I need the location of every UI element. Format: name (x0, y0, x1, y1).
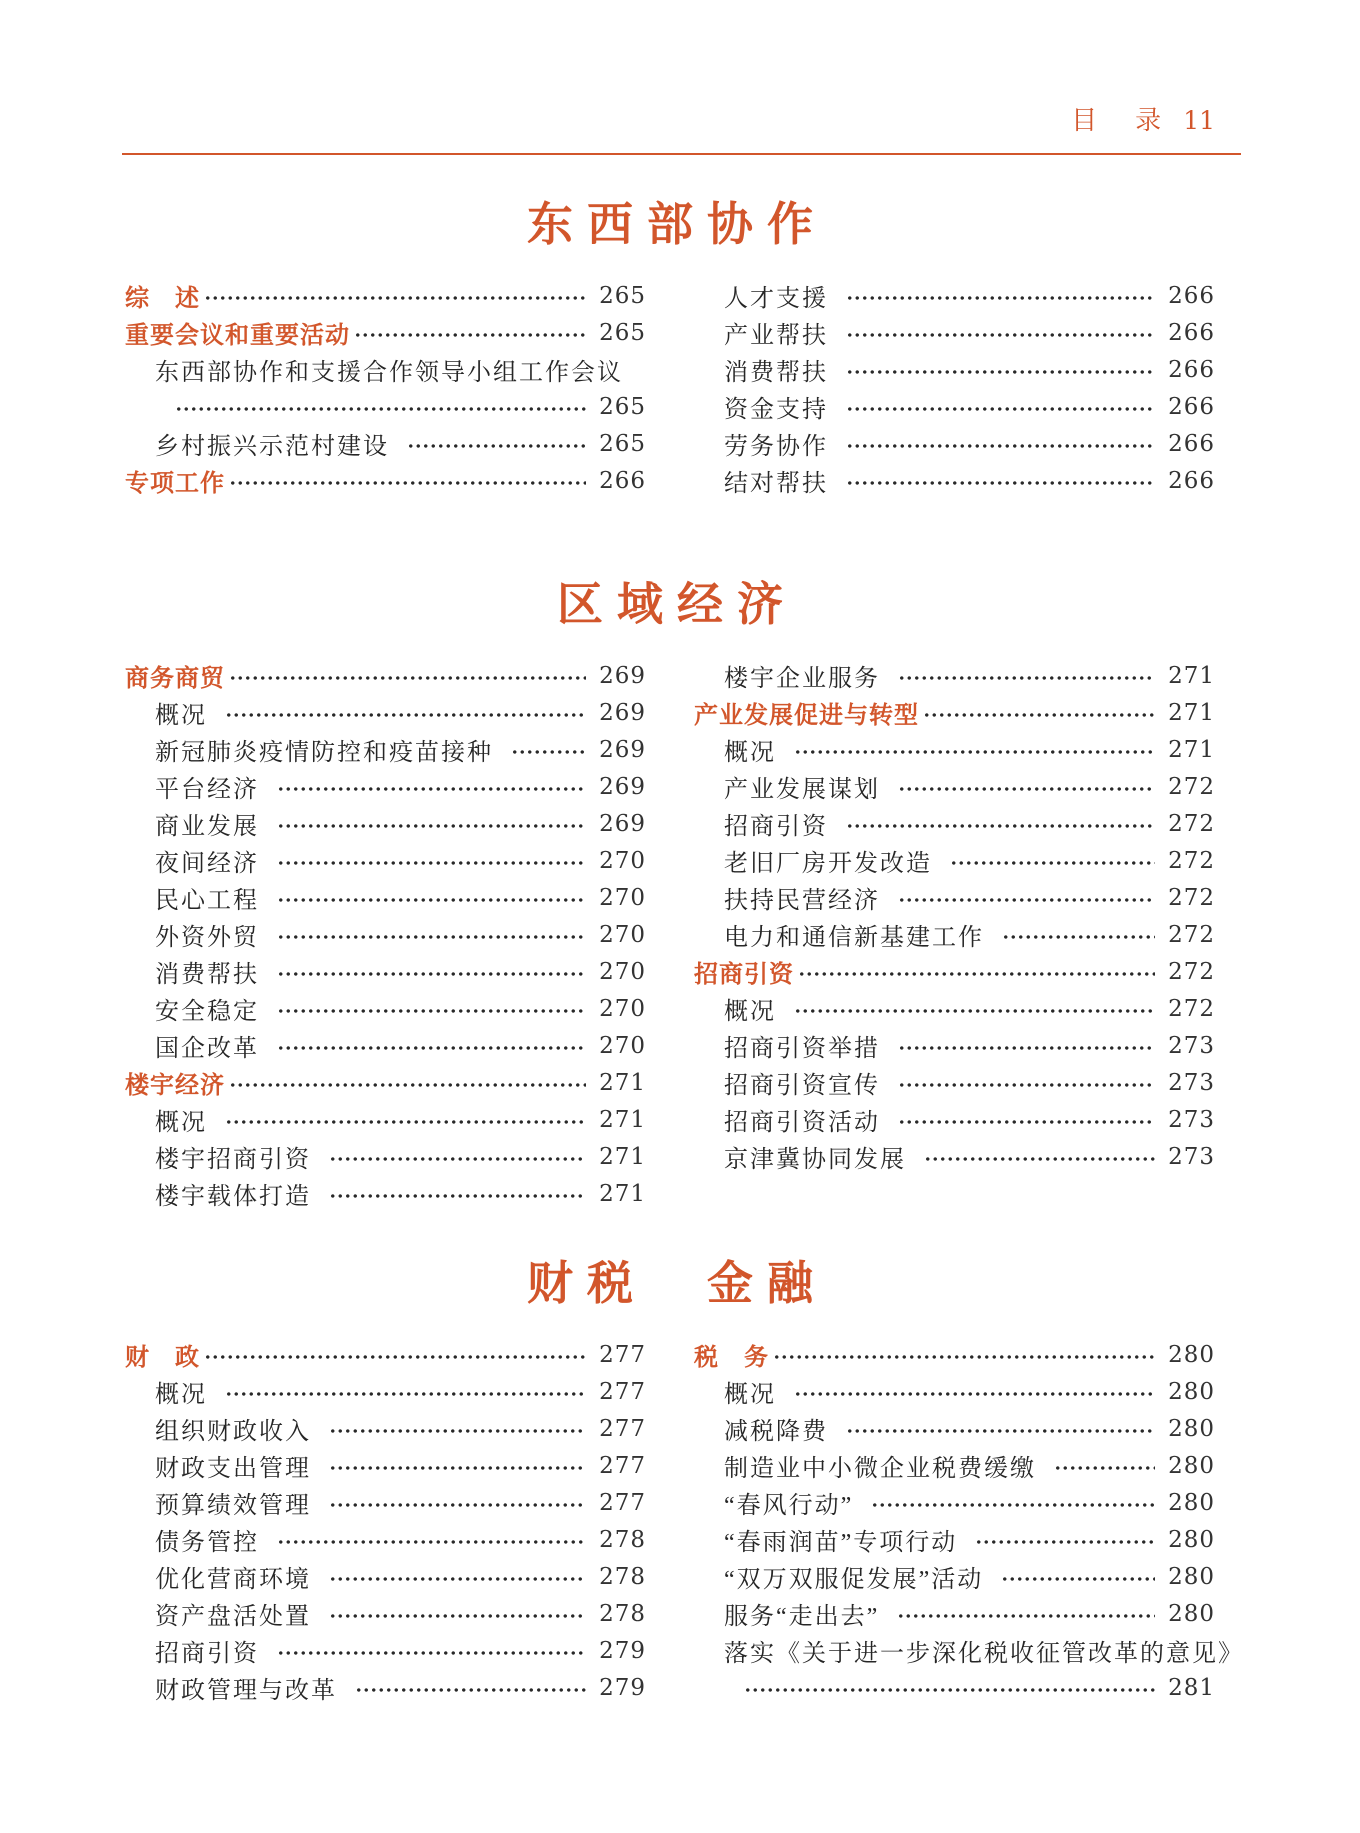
toc-column: 财 政277概况277组织财政收入277财政支出管理277预算绩效管理277债务… (125, 1336, 646, 1706)
entry-page-number: 272 (1165, 811, 1215, 837)
entry-label: 服务“走出去” (694, 1596, 879, 1631)
toc-entry: 落实《关于进一步深化税收征管改革的意见》281 (694, 1632, 1215, 1706)
entry-page-number: 272 (1165, 774, 1215, 800)
toc-entry: 招商引资活动273 (694, 1101, 1215, 1138)
entry-page-number: 270 (596, 996, 646, 1022)
dot-leader (277, 933, 586, 941)
entry-page-number: 280 (1165, 1416, 1215, 1442)
entry-label: 招商引资 (125, 1633, 259, 1668)
entry-page-number: 266 (1165, 431, 1215, 457)
toc-section: 财税 金融财 政277概况277组织财政收入277财政支出管理277预算绩效管理… (125, 1256, 1215, 1706)
dot-leader (204, 294, 586, 302)
toc-entry: 预算绩效管理277 (125, 1484, 646, 1521)
entry-page-number: 277 (596, 1416, 646, 1442)
entry-label: 优化营商环境 (125, 1559, 311, 1594)
dot-leader (329, 1192, 586, 1200)
entry-page-number: 270 (596, 959, 646, 985)
dot-leader (794, 1007, 1155, 1015)
toc-entry: 优化营商环境278 (125, 1558, 646, 1595)
entry-label: 老旧厂房开发改造 (694, 843, 932, 878)
dot-leader (846, 822, 1155, 830)
toc-section: 区域经济商务商贸269概况269新冠肺炎疫情防控和疫苗接种269平台经济269商… (125, 577, 1215, 1212)
dot-leader (794, 748, 1155, 756)
toc-entry: 产业帮扶266 (694, 314, 1215, 351)
entry-label: 新冠肺炎疫情防控和疫苗接种 (125, 732, 493, 767)
entry-page-number: 271 (1165, 700, 1215, 726)
entry-line-1: 东西部协作和支援合作领导小组工作会议 (125, 351, 646, 388)
toc-entry: “春风行动”280 (694, 1484, 1215, 1521)
entry-label: 招商引资 (694, 806, 828, 841)
entry-page-number: 269 (596, 811, 646, 837)
entry-label: 重要会议和重要活动 (125, 315, 350, 350)
entry-page-number: 266 (1165, 283, 1215, 309)
toc-entry: 扶持民营经济272 (694, 879, 1215, 916)
dot-leader (846, 1427, 1155, 1435)
entry-label: 国企改革 (125, 1028, 259, 1063)
entry-label: 概况 (694, 732, 776, 767)
entry-page-number: 280 (1165, 1564, 1215, 1590)
entry-label: 概况 (125, 1102, 207, 1137)
dot-leader (511, 748, 586, 756)
toc-entry: 老旧厂房开发改造272 (694, 842, 1215, 879)
entry-label: 产业帮扶 (694, 315, 828, 350)
toc-entry: 国企改革270 (125, 1027, 646, 1064)
entry-label: 概况 (125, 1374, 207, 1409)
entry-label: 制造业中小微企业税费缓缴 (694, 1448, 1036, 1483)
dot-leader (898, 1118, 1155, 1126)
dot-leader (175, 405, 586, 413)
toc-entry: 消费帮扶270 (125, 953, 646, 990)
dot-leader (329, 1612, 586, 1620)
entry-label: 消费帮扶 (125, 954, 259, 989)
entry-page-number: 269 (596, 737, 646, 763)
toc-entry: 制造业中小微企业税费缓缴280 (694, 1447, 1215, 1484)
entry-page-number: 280 (1165, 1379, 1215, 1405)
entry-label: 招商引资活动 (694, 1102, 880, 1137)
dot-leader (277, 970, 586, 978)
dot-leader (329, 1155, 586, 1163)
toc-entry: 税 务280 (694, 1336, 1215, 1373)
entry-page-number: 266 (1165, 468, 1215, 494)
dot-leader (329, 1575, 586, 1583)
toc-entry: 组织财政收入277 (125, 1410, 646, 1447)
entry-label: 夜间经济 (125, 843, 259, 878)
toc-entry: 京津冀协同发展273 (694, 1138, 1215, 1175)
dot-leader (407, 442, 586, 450)
dot-leader (229, 479, 586, 487)
entry-label: “春雨润苗”专项行动 (694, 1522, 957, 1557)
entry-page-number: 265 (596, 431, 646, 457)
toc-section: 东西部协作综 述265重要会议和重要活动265东西部协作和支援合作领导小组工作会… (125, 197, 1215, 499)
entry-label: “春风行动” (694, 1485, 853, 1520)
entry-page-number: 277 (596, 1490, 646, 1516)
dot-leader (355, 1686, 586, 1694)
toc-entry: 劳务协作266 (694, 425, 1215, 462)
entry-label: 专项工作 (125, 463, 225, 498)
dot-leader (354, 331, 586, 339)
entry-page-number: 273 (1165, 1070, 1215, 1096)
toc-entry: 资产盘活处置278 (125, 1595, 646, 1632)
entry-page-number: 270 (596, 848, 646, 874)
section-columns: 商务商贸269概况269新冠肺炎疫情防控和疫苗接种269平台经济269商业发展2… (125, 657, 1215, 1212)
entry-page-number: 272 (1165, 996, 1215, 1022)
toc-entry: 招商引资272 (694, 805, 1215, 842)
entry-label: 概况 (694, 1374, 776, 1409)
dot-leader (277, 1649, 586, 1657)
toc-entry: “双万双服促发展”活动280 (694, 1558, 1215, 1595)
toc-entry: 债务管控278 (125, 1521, 646, 1558)
toc-entry: 概况269 (125, 694, 646, 731)
dot-leader (975, 1538, 1155, 1546)
dot-leader (225, 1390, 586, 1398)
entry-page-number: 273 (1165, 1033, 1215, 1059)
dot-leader (898, 674, 1155, 682)
dot-leader (794, 1390, 1155, 1398)
dot-leader (229, 674, 586, 682)
toc-sections: 东西部协作综 述265重要会议和重要活动265东西部协作和支援合作领导小组工作会… (125, 197, 1215, 1706)
toc-entry: “春雨润苗”专项行动280 (694, 1521, 1215, 1558)
entry-label: 民心工程 (125, 880, 259, 915)
section-columns: 财 政277概况277组织财政收入277财政支出管理277预算绩效管理277债务… (125, 1336, 1215, 1706)
entry-page-number: 265 (596, 283, 646, 309)
entry-label: 楼宇企业服务 (694, 658, 880, 693)
toc-entry: 民心工程270 (125, 879, 646, 916)
header-page-number: 11 (1183, 106, 1215, 135)
dot-leader (846, 294, 1155, 302)
toc-entry: 夜间经济270 (125, 842, 646, 879)
entry-label: 消费帮扶 (694, 352, 828, 387)
toc-column: 人才支援266产业帮扶266消费帮扶266资金支持266劳务协作266结对帮扶2… (694, 277, 1215, 499)
entry-page-number: 265 (596, 394, 646, 420)
entry-page-number: 272 (1165, 885, 1215, 911)
dot-leader (329, 1501, 586, 1509)
entry-label: 楼宇载体打造 (125, 1176, 311, 1211)
toc-entry: 楼宇招商引资271 (125, 1138, 646, 1175)
section-columns: 综 述265重要会议和重要活动265东西部协作和支援合作领导小组工作会议265乡… (125, 277, 1215, 499)
entry-page-number: 271 (1165, 663, 1215, 689)
dot-leader (898, 1081, 1155, 1089)
toc-entry: 外资外贸270 (125, 916, 646, 953)
entry-line-1: 落实《关于进一步深化税收征管改革的意见》 (694, 1632, 1215, 1669)
entry-label: 商务商贸 (125, 658, 225, 693)
entry-page-number: 278 (596, 1601, 646, 1627)
entry-page-number: 266 (1165, 357, 1215, 383)
entry-label: 财 政 (125, 1337, 200, 1372)
dot-leader (277, 859, 586, 867)
entry-label: 税 务 (694, 1337, 769, 1372)
toc-entry: 招商引资272 (694, 953, 1215, 990)
toc-column: 楼宇企业服务271产业发展促进与转型271概况271产业发展谋划272招商引资2… (694, 657, 1215, 1212)
dot-leader (846, 405, 1155, 413)
entry-page-number: 266 (596, 468, 646, 494)
toc-entry: 消费帮扶266 (694, 351, 1215, 388)
entry-page-number: 277 (596, 1342, 646, 1368)
entry-label: 概况 (125, 695, 207, 730)
entry-page-number: 281 (1165, 1675, 1215, 1701)
toc-entry: 资金支持266 (694, 388, 1215, 425)
dot-leader (871, 1501, 1155, 1509)
entry-label: 乡村振兴示范村建设 (125, 426, 389, 461)
header-title: 目 录 (1071, 100, 1167, 137)
dot-leader (846, 368, 1155, 376)
dot-leader (846, 442, 1155, 450)
entry-label: 落实《关于进一步深化税收征管改革的意见》 (694, 1633, 1244, 1668)
entry-page-number: 279 (596, 1675, 646, 1701)
dot-leader (798, 970, 1155, 978)
section-title: 东西部协作 (125, 197, 1215, 251)
dot-leader (1001, 1575, 1155, 1583)
dot-leader (846, 479, 1155, 487)
entry-label: 概况 (694, 991, 776, 1026)
toc-entry: 电力和通信新基建工作272 (694, 916, 1215, 953)
entry-page-number: 271 (596, 1181, 646, 1207)
toc-entry: 产业发展促进与转型271 (694, 694, 1215, 731)
dot-leader (277, 1044, 586, 1052)
entry-page-number: 272 (1165, 848, 1215, 874)
entry-page-number: 273 (1165, 1107, 1215, 1133)
section-title: 区域经济 (125, 577, 1215, 631)
toc-entry: 商业发展269 (125, 805, 646, 842)
toc-entry: 招商引资举措273 (694, 1027, 1215, 1064)
dot-leader (1002, 933, 1155, 941)
entry-label: 外资外贸 (125, 917, 259, 952)
entry-page-number: 270 (596, 1033, 646, 1059)
entry-label: 安全稳定 (125, 991, 259, 1026)
toc-entry: 概况272 (694, 990, 1215, 1027)
toc-entry: 重要会议和重要活动265 (125, 314, 646, 351)
entry-label: 资产盘活处置 (125, 1596, 311, 1631)
dot-leader (950, 859, 1155, 867)
toc-entry: 专项工作266 (125, 462, 646, 499)
entry-label: 商业发展 (125, 806, 259, 841)
toc-entry: 结对帮扶266 (694, 462, 1215, 499)
entry-label: 招商引资 (694, 954, 794, 989)
toc-entry: 招商引资279 (125, 1632, 646, 1669)
toc-entry: 新冠肺炎疫情防控和疫苗接种269 (125, 731, 646, 768)
entry-label: 组织财政收入 (125, 1411, 311, 1446)
toc-entry: 楼宇企业服务271 (694, 657, 1215, 694)
toc-column: 综 述265重要会议和重要活动265东西部协作和支援合作领导小组工作会议265乡… (125, 277, 646, 499)
dot-leader (204, 1353, 586, 1361)
header-rule (122, 153, 1241, 155)
entry-page-number: 270 (596, 922, 646, 948)
entry-label: 扶持民营经济 (694, 880, 880, 915)
dot-leader (329, 1464, 586, 1472)
toc-entry: 财 政277 (125, 1336, 646, 1373)
dot-leader (1054, 1464, 1155, 1472)
toc-entry: 招商引资宣传273 (694, 1064, 1215, 1101)
dot-leader (846, 331, 1155, 339)
entry-label: 电力和通信新基建工作 (694, 917, 984, 952)
dot-leader (225, 711, 586, 719)
toc-entry: 服务“走出去”280 (694, 1595, 1215, 1632)
toc-entry: 概况271 (125, 1101, 646, 1138)
entry-page-number: 277 (596, 1453, 646, 1479)
entry-page-number: 269 (596, 700, 646, 726)
entry-page-number: 271 (596, 1107, 646, 1133)
entry-page-number: 271 (596, 1070, 646, 1096)
toc-entry: 概况271 (694, 731, 1215, 768)
entry-label: 招商引资举措 (694, 1028, 880, 1063)
entry-page-number: 271 (1165, 737, 1215, 763)
entry-page-number: 280 (1165, 1527, 1215, 1553)
entry-label: 京津冀协同发展 (694, 1139, 906, 1174)
toc-entry: 商务商贸269 (125, 657, 646, 694)
entry-page-number: 278 (596, 1527, 646, 1553)
toc-entry: 楼宇载体打造271 (125, 1175, 646, 1212)
entry-label: 减税降费 (694, 1411, 828, 1446)
entry-page-number: 272 (1165, 959, 1215, 985)
entry-page-number: 280 (1165, 1342, 1215, 1368)
dot-leader (229, 1081, 586, 1089)
toc-entry: 安全稳定270 (125, 990, 646, 1027)
entry-label: 产业发展促进与转型 (694, 695, 919, 730)
entry-page-number: 278 (596, 1564, 646, 1590)
entry-label: 预算绩效管理 (125, 1485, 311, 1520)
page-header: 目 录 11 (125, 0, 1215, 137)
toc-entry: 财政支出管理277 (125, 1447, 646, 1484)
entry-label: 东西部协作和支援合作领导小组工作会议 (125, 352, 623, 387)
toc-entry: 减税降费280 (694, 1410, 1215, 1447)
entry-label: 资金支持 (694, 389, 828, 424)
entry-label: 产业发展谋划 (694, 769, 880, 804)
entry-page-number: 269 (596, 774, 646, 800)
toc-entry: 楼宇经济271 (125, 1064, 646, 1101)
toc-entry: 乡村振兴示范村建设265 (125, 425, 646, 462)
toc-entry: 平台经济269 (125, 768, 646, 805)
entry-label: 综 述 (125, 278, 200, 313)
entry-page-number: 279 (596, 1638, 646, 1664)
entry-page-number: 265 (596, 320, 646, 346)
entry-page-number: 270 (596, 885, 646, 911)
entry-label: “双万双服促发展”活动 (694, 1559, 983, 1594)
entry-label: 财政支出管理 (125, 1448, 311, 1483)
dot-leader (277, 1007, 586, 1015)
toc-column: 商务商贸269概况269新冠肺炎疫情防控和疫苗接种269平台经济269商业发展2… (125, 657, 646, 1212)
dot-leader (329, 1427, 586, 1435)
entry-page-number: 277 (596, 1379, 646, 1405)
dot-leader (924, 1155, 1155, 1163)
toc-entry: 财政管理与改革279 (125, 1669, 646, 1706)
section-title: 财税 金融 (125, 1256, 1215, 1310)
dot-leader (744, 1686, 1155, 1694)
toc-entry: 人才支援266 (694, 277, 1215, 314)
dot-leader (898, 1044, 1155, 1052)
toc-entry: 概况280 (694, 1373, 1215, 1410)
dot-leader (773, 1353, 1155, 1361)
entry-label: 财政管理与改革 (125, 1670, 337, 1705)
dot-leader (923, 711, 1155, 719)
entry-page-number: 271 (596, 1144, 646, 1170)
entry-page-number: 266 (1165, 394, 1215, 420)
dot-leader (277, 896, 586, 904)
dot-leader (225, 1118, 586, 1126)
entry-page-number: 280 (1165, 1601, 1215, 1627)
entry-page-number: 266 (1165, 320, 1215, 346)
toc-entry: 东西部协作和支援合作领导小组工作会议265 (125, 351, 646, 425)
entry-page-number: 272 (1165, 922, 1215, 948)
dot-leader (897, 1612, 1155, 1620)
entry-label: 劳务协作 (694, 426, 828, 461)
dot-leader (277, 785, 586, 793)
toc-entry: 综 述265 (125, 277, 646, 314)
entry-label: 人才支援 (694, 278, 828, 313)
entry-page-number: 280 (1165, 1490, 1215, 1516)
entry-line-2: 265 (125, 388, 646, 425)
entry-line-2: 281 (694, 1669, 1215, 1706)
entry-label: 楼宇招商引资 (125, 1139, 311, 1174)
entry-label: 平台经济 (125, 769, 259, 804)
dot-leader (277, 822, 586, 830)
entry-page-number: 269 (596, 663, 646, 689)
entry-label: 债务管控 (125, 1522, 259, 1557)
toc-column: 税 务280概况280减税降费280制造业中小微企业税费缓缴280“春风行动”2… (694, 1336, 1215, 1706)
entry-label: 招商引资宣传 (694, 1065, 880, 1100)
dot-leader (277, 1538, 586, 1546)
dot-leader (898, 896, 1155, 904)
entry-label: 楼宇经济 (125, 1065, 225, 1100)
toc-entry: 产业发展谋划272 (694, 768, 1215, 805)
entry-page-number: 280 (1165, 1453, 1215, 1479)
dot-leader (898, 785, 1155, 793)
entry-page-number: 273 (1165, 1144, 1215, 1170)
toc-entry: 概况277 (125, 1373, 646, 1410)
toc-page: 目 录 11 东西部协作综 述265重要会议和重要活动265东西部协作和支援合作… (0, 0, 1360, 1833)
entry-label: 结对帮扶 (694, 463, 828, 498)
